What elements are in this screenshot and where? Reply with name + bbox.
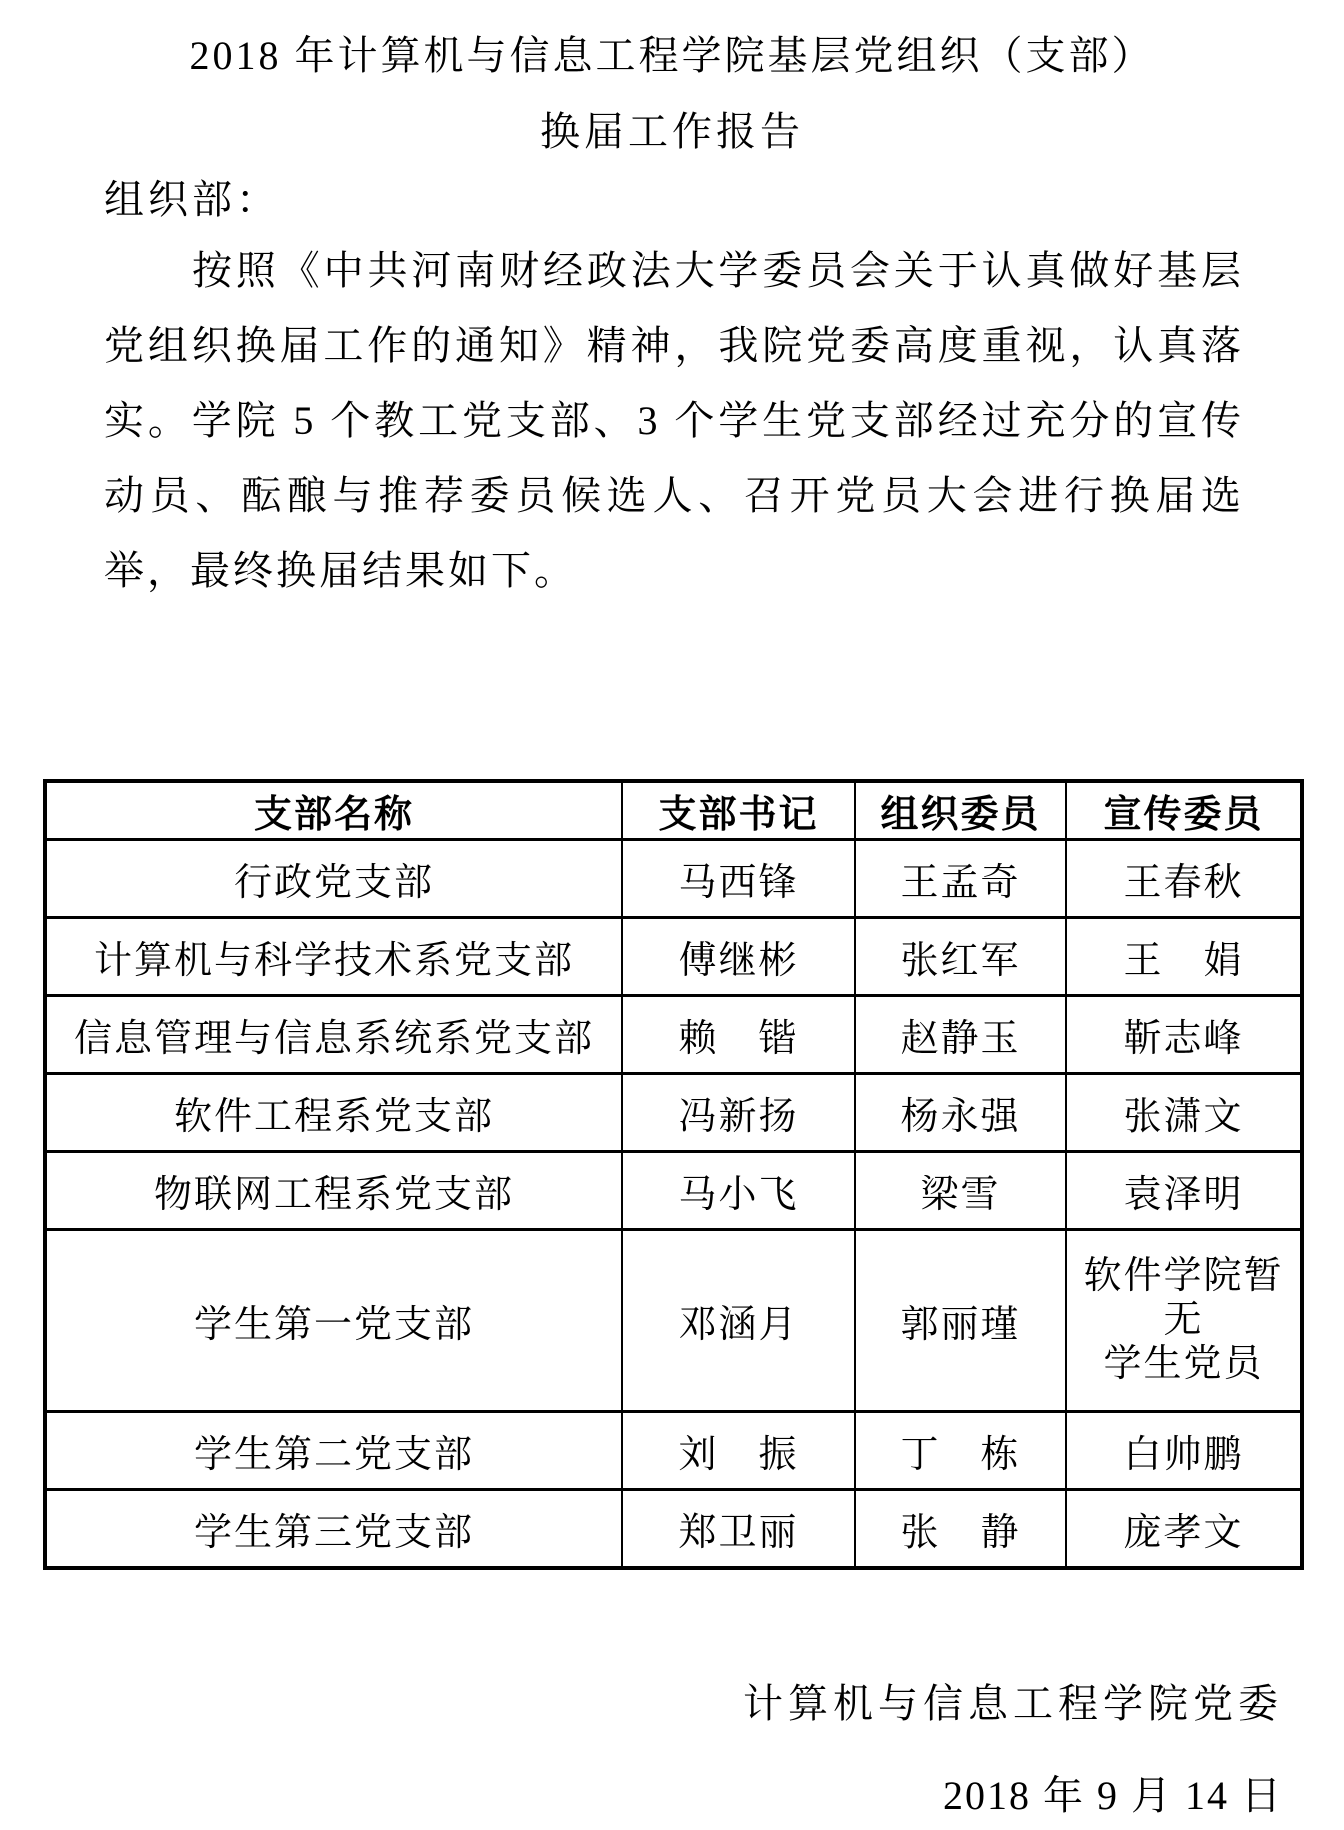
column-header-organization-member: 组织委员 [855, 781, 1066, 840]
table-cell: 冯新扬 [622, 1074, 855, 1152]
document-title-line1: 2018 年计算机与信息工程学院基层党组织（支部） [0, 24, 1344, 81]
table-cell: 计算机与科学技术系党支部 [45, 918, 622, 996]
table-cell: 学生第二党支部 [45, 1411, 622, 1489]
table-cell: 刘 振 [622, 1411, 855, 1489]
document-title-line2: 换届工作报告 [0, 100, 1344, 157]
document-page: 2018 年计算机与信息工程学院基层党组织（支部） 换届工作报告 组织部： 按照… [0, 0, 1344, 1830]
table-row: 物联网工程系党支部马小飞梁雪袁泽明 [45, 1152, 1302, 1230]
table-cell: 傅继彬 [622, 918, 855, 996]
table-cell: 赵静玉 [855, 996, 1066, 1074]
table-row: 学生第二党支部刘 振丁 栋白帅鹏 [45, 1411, 1302, 1489]
table-body: 行政党支部马西锋王孟奇王春秋计算机与科学技术系党支部傅继彬张红军王 娟信息管理与… [45, 840, 1302, 1569]
table-cell: 郑卫丽 [622, 1489, 855, 1568]
table-cell: 张 静 [855, 1489, 1066, 1568]
table-cell: 梁雪 [855, 1152, 1066, 1230]
table-cell: 邓涵月 [622, 1230, 855, 1412]
table-cell: 王春秋 [1066, 840, 1302, 918]
table-row: 行政党支部马西锋王孟奇王春秋 [45, 840, 1302, 918]
table-cell: 王孟奇 [855, 840, 1066, 918]
body-paragraph: 按照《中共河南财经政法大学委员会关于认真做好基层党组织换届工作的通知》精神，我院… [104, 233, 1244, 608]
table-row: 学生第三党支部郑卫丽张 静庞孝文 [45, 1489, 1302, 1568]
table-cell: 学生第一党支部 [45, 1230, 622, 1412]
table-cell: 物联网工程系党支部 [45, 1152, 622, 1230]
table-cell: 学生第三党支部 [45, 1489, 622, 1568]
table-cell: 软件学院暂无学生党员 [1066, 1230, 1302, 1412]
table-cell: 庞孝文 [1066, 1489, 1302, 1568]
table-cell: 袁泽明 [1066, 1152, 1302, 1230]
table-cell: 软件工程系党支部 [45, 1074, 622, 1152]
table-cell: 王 娟 [1066, 918, 1302, 996]
table-cell: 马小飞 [622, 1152, 855, 1230]
table-cell: 郭丽瑾 [855, 1230, 1066, 1412]
table-row: 计算机与科学技术系党支部傅继彬张红军王 娟 [45, 918, 1302, 996]
table-cell: 赖 锴 [622, 996, 855, 1074]
table-cell: 杨永强 [855, 1074, 1066, 1152]
column-header-publicity-member: 宣传委员 [1066, 781, 1302, 840]
signature-line: 计算机与信息工程学院党委 [743, 1672, 1283, 1729]
table-cell: 张潇文 [1066, 1074, 1302, 1152]
salutation: 组织部： [104, 168, 280, 225]
results-table: 支部名称 支部书记 组织委员 宣传委员 行政党支部马西锋王孟奇王春秋计算机与科学… [43, 779, 1304, 1570]
column-header-branch-secretary: 支部书记 [622, 781, 855, 840]
column-header-branch-name: 支部名称 [45, 781, 622, 840]
date-line: 2018 年 9 月 14 日 [943, 1764, 1283, 1821]
table-cell: 靳志峰 [1066, 996, 1302, 1074]
table-cell: 张红军 [855, 918, 1066, 996]
table-row: 信息管理与信息系统系党支部赖 锴赵静玉靳志峰 [45, 996, 1302, 1074]
table-cell: 白帅鹏 [1066, 1411, 1302, 1489]
table-header-row: 支部名称 支部书记 组织委员 宣传委员 [45, 781, 1302, 840]
table-cell: 信息管理与信息系统系党支部 [45, 996, 622, 1074]
table-cell: 马西锋 [622, 840, 855, 918]
table-cell: 丁 栋 [855, 1411, 1066, 1489]
table-row: 学生第一党支部邓涵月郭丽瑾软件学院暂无学生党员 [45, 1230, 1302, 1412]
table-cell: 行政党支部 [45, 840, 622, 918]
table-row: 软件工程系党支部冯新扬杨永强张潇文 [45, 1074, 1302, 1152]
